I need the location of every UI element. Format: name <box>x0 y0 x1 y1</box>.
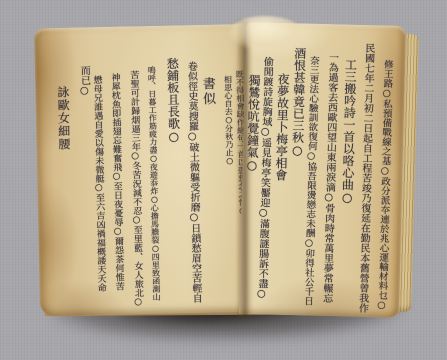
text-column: 卷似徑史莫搜羅○破土微軀受折磨○日鎖愁眉空苦輕自 <box>185 61 200 303</box>
text-column: 愁鋪板且長歌○ <box>166 57 180 143</box>
book-gutter <box>236 20 253 316</box>
text-column: 嗚呼、日暮工作筋疲力盡○夜遊忝炸○心擔馬膽裂○四里致函測山 <box>147 66 160 301</box>
left-page: 既不得相會缺作絕句一首以憑想念之情○ 相思心自去○分秋乃止○ 書似 卷似徑史莫搜… <box>34 24 250 316</box>
text-column: 懋母兄誰遇自愛以傷未微艇○至六吉凶禍福概諉天夭命 <box>91 75 105 292</box>
text-column: 一為過客去西歐四望山東兩淚滴○骨肉時常萬里夢常輾忘 <box>320 52 337 303</box>
text-column: 民國七年二月初二日起自工程苦竣乃復延在勤民本舊營曾我作 <box>356 43 373 313</box>
text-column: 苦聖可計歸烟逼三年○冬苦況減不忍○至里藍、女人旅北○ <box>128 70 142 307</box>
manuscript-photo: 既不得相會缺作絕句一首以憑想念之情○ 相思心自去○分秋乃止○ 書似 卷似徑史莫搜… <box>0 0 447 360</box>
text-column: 工三搬吟詩一首以咯心曲○ <box>341 58 357 204</box>
text-column: 夜夢故里卜梅亭相會 <box>274 73 289 181</box>
margin-title: 詠歐女細腰 <box>56 86 70 151</box>
text-column: 而已○ <box>78 65 89 96</box>
section-heading: 書似 <box>200 77 214 107</box>
text-column: 神犀枕魚即插翅忘難奮飛○至日夜憂辱○爾怨茶何惟苦 <box>109 73 123 291</box>
text-column: 相思心自去○分秋乃止○ <box>223 75 233 165</box>
text-column: 酒恨甚韓竟已三秋○ <box>291 47 306 157</box>
page-fold-curl <box>229 15 304 52</box>
right-page: 修王路○私預備戰線之基○政分派夲連於兆心運輸材料乜○ 民國七年二月初二日起自工程… <box>239 22 406 318</box>
text-column: 修王路○私預備戰線之基○政分派夲連於兆心運輸材料乜○ <box>376 59 392 311</box>
